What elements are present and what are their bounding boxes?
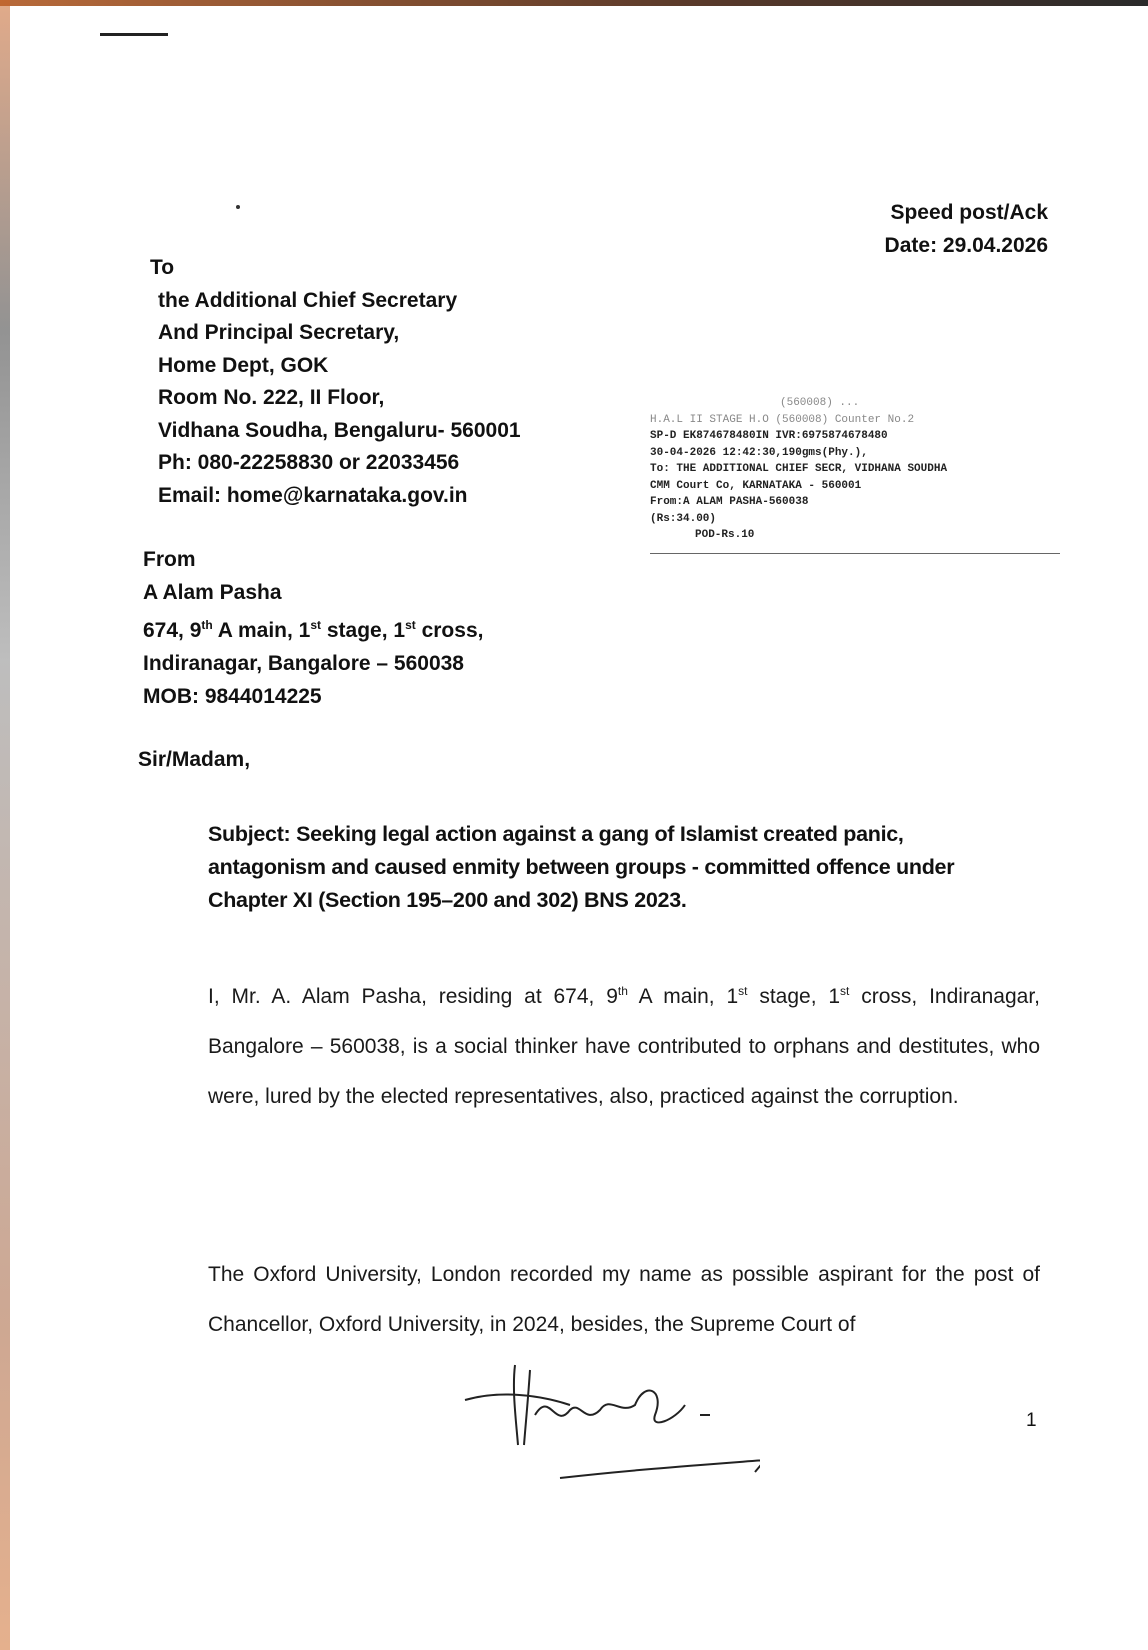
stamp-tracking: SP-D EK874678480IN IVR:6975874678480 <box>650 428 1060 445</box>
body-paragraph: I, Mr. A. Alam Pasha, residing at 674, 9… <box>208 966 1040 1122</box>
stamp-line: POD-Rs.10 <box>650 527 1060 544</box>
scan-mark <box>100 33 168 36</box>
recipient-phone: Ph: 080-22258830 or 22033456 <box>150 447 521 480</box>
recipient-line: Home Dept, GOK <box>150 350 521 383</box>
subject: Subject: Seeking legal action against a … <box>208 818 1008 917</box>
header-block: Speed post/Ack Date: 29.04.2026 <box>885 196 1048 262</box>
stamp-underline <box>650 553 1060 554</box>
postal-stamp: (560008) ... H.A.L II STAGE H.O (560008)… <box>650 395 1060 544</box>
recipient-line: Vidhana Soudha, Bengaluru- 560001 <box>150 415 521 448</box>
delivery-mode: Speed post/Ack <box>885 196 1048 229</box>
recipient-block: To the Additional Chief Secretary And Pr… <box>150 252 521 512</box>
stamp-line: (Rs:34.00) <box>650 511 1060 528</box>
sender-mobile: MOB: 9844014225 <box>143 680 483 713</box>
stamp-line: CMM Court Co, KARNATAKA - 560001 <box>650 478 1060 495</box>
scan-left-edge <box>0 0 10 1650</box>
sender-address-line2: Indiranagar, Bangalore – 560038 <box>143 647 483 680</box>
sender-name: A Alam Pasha <box>143 576 483 609</box>
recipient-email: Email: home@karnataka.gov.in <box>150 480 521 513</box>
sender-block: From A Alam Pasha 674, 9th A main, 1st s… <box>143 543 483 713</box>
letter-date: Date: 29.04.2026 <box>885 229 1048 262</box>
stamp-line: H.A.L II STAGE H.O (560008) Counter No.2 <box>650 412 1060 429</box>
sender-address-line1: 674, 9th A main, 1st stage, 1st cross, <box>143 609 483 647</box>
stamp-timestamp: 30-04-2026 12:42:30,190gms(Phy.), <box>650 445 1060 462</box>
scan-top-edge <box>0 0 1148 6</box>
scan-dot <box>236 205 240 209</box>
body-paragraph: The Oxford University, London recorded m… <box>208 1250 1040 1350</box>
recipient-label: To <box>150 252 521 285</box>
recipient-line: And Principal Secretary, <box>150 317 521 350</box>
recipient-line: Room No. 222, II Floor, <box>150 382 521 415</box>
recipient-line: the Additional Chief Secretary <box>150 285 521 318</box>
salutation: Sir/Madam, <box>138 748 250 772</box>
stamp-line: From:A ALAM PASHA-560038 <box>650 494 1060 511</box>
page-number: 1 <box>1026 1410 1037 1432</box>
sender-label: From <box>143 543 483 576</box>
signature-icon <box>460 1360 760 1490</box>
stamp-line: (560008) ... <box>650 395 1060 412</box>
stamp-line: To: THE ADDITIONAL CHIEF SECR, VIDHANA S… <box>650 461 1060 478</box>
